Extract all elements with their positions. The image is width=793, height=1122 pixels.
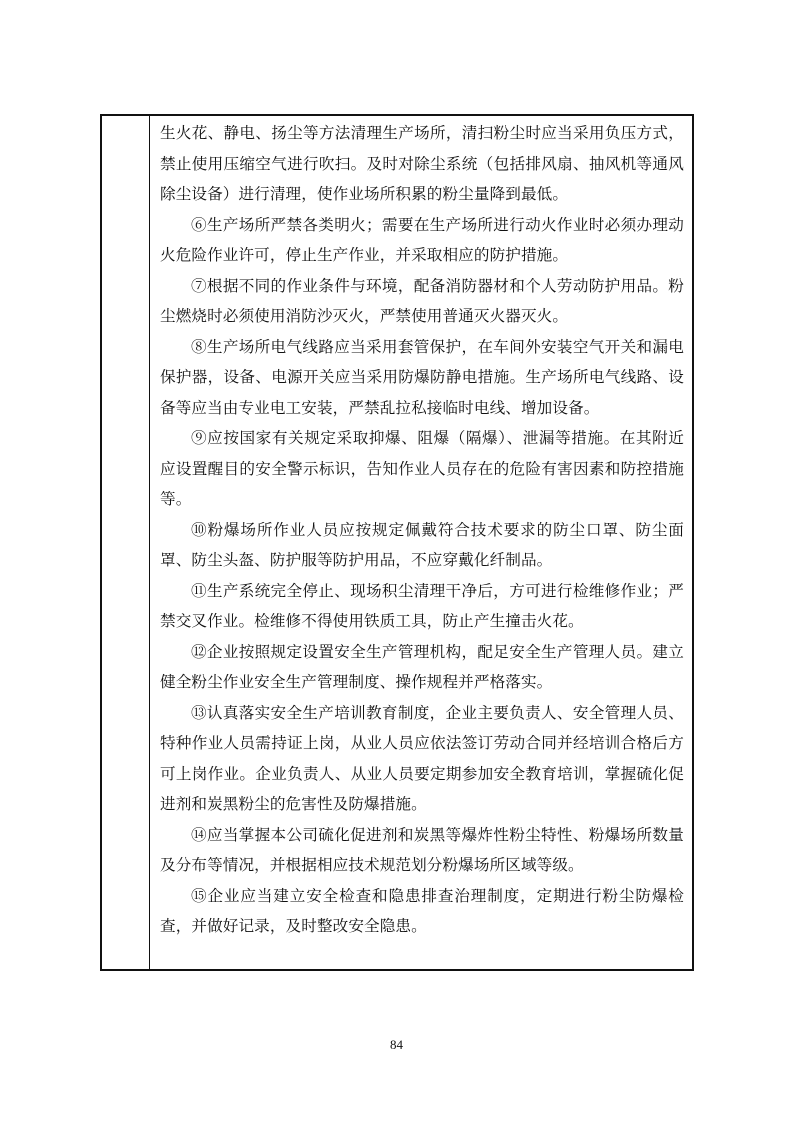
table-right-cell: 生火花、静电、扬尘等方法清理生产场所，清扫粉尘时应当采用负压方式，禁止使用压缩空… [150,116,692,969]
paragraph-item-8: ⑧生产场所电气线路应当采用套管保护，在车间外安装空气开关和漏电保护器，设备、电源… [160,332,684,424]
content-table: 生火花、静电、扬尘等方法清理生产场所，清扫粉尘时应当采用负压方式，禁止使用压缩空… [100,114,694,971]
paragraph-item-13: ⑬认真落实安全生产培训教育制度，企业主要负责人、安全管理人员、特种作业人员需持证… [160,698,684,820]
paragraph-item-6: ⑥生产场所严禁各类明火；需要在生产场所进行动火作业时必须办理动火危险作业许可，停… [160,210,684,271]
table-left-cell [102,116,150,969]
paragraph-item-9: ⑨应按国家有关规定采取抑爆、阻爆（隔爆）、泄漏等措施。在其附近应设置醒目的安全警… [160,423,684,515]
paragraph-item-11: ⑪生产系统完全停止、现场积尘清理干净后，方可进行检维修作业；严禁交叉作业。检维修… [160,576,684,637]
paragraph-item-10: ⑩粉爆场所作业人员应按规定佩戴符合技术要求的防尘口罩、防尘面罩、防尘头盔、防护服… [160,515,684,576]
paragraph-item-15: ⑮企业应当建立安全检查和隐患排查治理制度，定期进行粉尘防爆检查，并做好记录，及时… [160,881,684,942]
paragraph-item-7: ⑦根据不同的作业条件与环境，配备消防器材和个人劳动防护用品。粉尘燃烧时必须使用消… [160,271,684,332]
page-number: 84 [0,1037,793,1053]
paragraph-item-14: ⑭应当掌握本公司硫化促进剂和炭黑等爆炸性粉尘特性、粉爆场所数量及分布等情况，并根… [160,820,684,881]
paragraph-item-12: ⑫企业按照规定设置安全生产管理机构，配足安全生产管理人员。建立健全粉尘作业安全生… [160,637,684,698]
paragraph-item-5-continued: 生火花、静电、扬尘等方法清理生产场所，清扫粉尘时应当采用负压方式，禁止使用压缩空… [160,118,684,210]
